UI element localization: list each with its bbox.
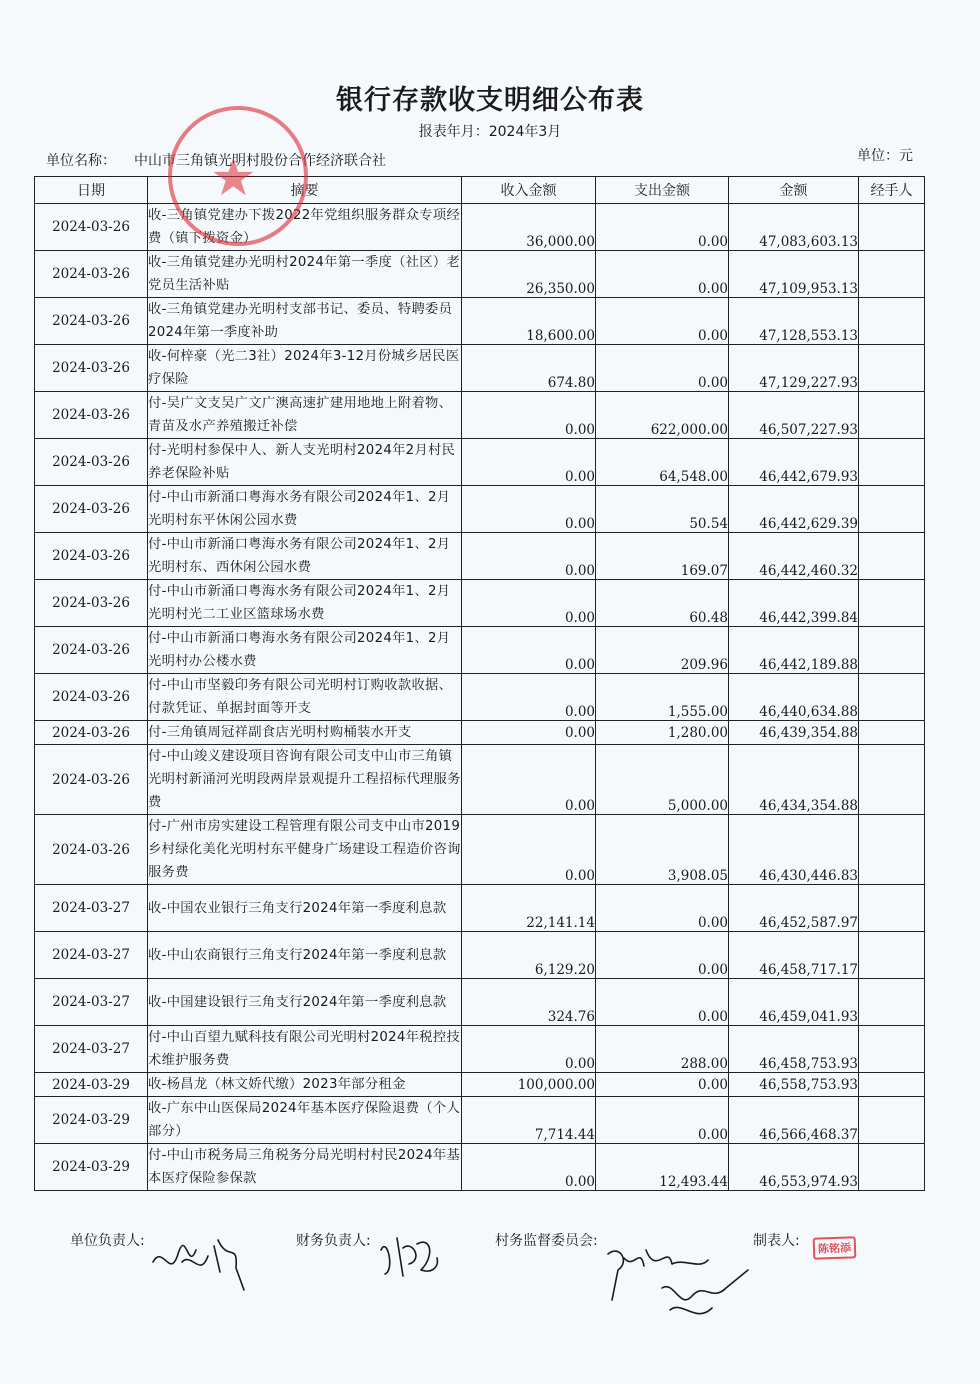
ledger-body: 2024-03-26收-三角镇党建办下拨2022年党组织服务群众专项经费（镇下拨…: [35, 204, 925, 1191]
row-balance: 46,507,227.93: [729, 392, 859, 439]
row-income: 0.00: [462, 439, 596, 486]
table-row: 2024-03-27收-中国农业银行三角支行2024年第一季度利息款22,141…: [35, 885, 925, 932]
row-summary: 付-中山市新涌口粤海水务有限公司2024年1、2月光明村办公楼水费: [148, 627, 462, 674]
row-date: 2024-03-26: [35, 251, 148, 298]
row-summary: 收-何梓豪（光二3社）2024年3-12月份城乡居民医疗保险: [148, 345, 462, 392]
row-balance: 46,558,753.93: [729, 1073, 859, 1097]
report-month: 报表年月：2024年3月: [0, 121, 980, 141]
row-balance: 46,442,679.93: [729, 439, 859, 486]
table-row: 2024-03-26付-中山市新涌口粤海水务有限公司2024年1、2月光明村东平…: [35, 486, 925, 533]
row-date: 2024-03-26: [35, 298, 148, 345]
row-expense: 288.00: [596, 1026, 729, 1073]
row-handler: [859, 1144, 925, 1191]
row-handler: [859, 627, 925, 674]
row-handler: [859, 1073, 925, 1097]
table-row: 2024-03-26收-何梓豪（光二3社）2024年3-12月份城乡居民医疗保险…: [35, 345, 925, 392]
row-summary: 付-中山市坚毅印务有限公司光明村订购收款收据、付款凭证、单据封面等开支: [148, 674, 462, 721]
row-income: 36,000.00: [462, 204, 596, 251]
row-date: 2024-03-26: [35, 486, 148, 533]
row-date: 2024-03-27: [35, 979, 148, 1026]
row-income: 0.00: [462, 627, 596, 674]
unit-head-label: 单位负责人:: [70, 1230, 145, 1250]
row-date: 2024-03-26: [35, 674, 148, 721]
row-handler: [859, 1026, 925, 1073]
preparer-stamp: 陈铭添: [813, 1236, 857, 1259]
table-row: 2024-03-26收-三角镇党建办光明村支部书记、委员、特聘委员2024年第一…: [35, 298, 925, 345]
row-income: 0.00: [462, 1144, 596, 1191]
document-title: 银行存款收支明细公布表: [0, 78, 980, 117]
row-expense: 0.00: [596, 1097, 729, 1144]
row-date: 2024-03-26: [35, 439, 148, 486]
row-expense: 0.00: [596, 932, 729, 979]
header-summary: 摘要: [148, 177, 462, 204]
row-income: 0.00: [462, 674, 596, 721]
row-balance: 46,430,446.83: [729, 815, 859, 885]
row-summary: 付-中山市新涌口粤海水务有限公司2024年1、2月光明村东平休闲公园水费: [148, 486, 462, 533]
row-expense: 0.00: [596, 885, 729, 932]
row-summary: 收-中山农商银行三角支行2024年第一季度利息款: [148, 932, 462, 979]
row-income: 18,600.00: [462, 298, 596, 345]
unit-name: 中山市三角镇光明村股份合作经济联合社: [134, 153, 386, 169]
row-balance: 47,128,553.13: [729, 298, 859, 345]
row-handler: [859, 1097, 925, 1144]
row-handler: [859, 392, 925, 439]
row-income: 6,129.20: [462, 932, 596, 979]
row-expense: 64,548.00: [596, 439, 729, 486]
row-summary: 收-三角镇党建办光明村2024年第一季度（社区）老党员生活补贴: [148, 251, 462, 298]
row-balance: 46,442,189.88: [729, 627, 859, 674]
row-summary: 收-中国农业银行三角支行2024年第一季度利息款: [148, 885, 462, 932]
unit-name-label: 单位名称：: [46, 153, 116, 169]
row-income: 7,714.44: [462, 1097, 596, 1144]
row-handler: [859, 486, 925, 533]
row-balance: 46,442,629.39: [729, 486, 859, 533]
header-handler: 经手人: [859, 177, 925, 204]
table-row: 2024-03-26付-广州市房实建设工程管理有限公司支中山市2019乡村绿化美…: [35, 815, 925, 885]
row-summary: 付-三角镇周冠祥副食店光明村购桶装水开支: [148, 721, 462, 745]
row-handler: [859, 298, 925, 345]
row-date: 2024-03-27: [35, 885, 148, 932]
row-handler: [859, 533, 925, 580]
unit-head-signature: [148, 1232, 258, 1292]
row-expense: 622,000.00: [596, 392, 729, 439]
row-summary: 付-中山市新涌口粤海水务有限公司2024年1、2月光明村东、西休闲公园水费: [148, 533, 462, 580]
ledger-table: 日期 摘要 收入金额 支出金额 金额 经手人 2024-03-26收-三角镇党建…: [34, 176, 925, 1191]
unit-name-row: 单位名称：中山市三角镇光明村股份合作经济联合社: [46, 150, 386, 170]
table-row: 2024-03-27付-中山百望九赋科技有限公司光明村2024年税控技术维护服务…: [35, 1026, 925, 1073]
row-income: 0.00: [462, 486, 596, 533]
row-balance: 46,459,041.93: [729, 979, 859, 1026]
row-date: 2024-03-26: [35, 745, 148, 815]
table-row: 2024-03-26付-中山市新涌口粤海水务有限公司2024年1、2月光明村办公…: [35, 627, 925, 674]
row-balance: 46,434,354.88: [729, 745, 859, 815]
header-date: 日期: [35, 177, 148, 204]
table-row: 2024-03-29收-杨昌龙（林文娇代缴）2023年部分租金100,000.0…: [35, 1073, 925, 1097]
supervision-signatures: [600, 1240, 760, 1340]
row-expense: 0.00: [596, 251, 729, 298]
row-expense: 1,280.00: [596, 721, 729, 745]
row-balance: 46,553,974.93: [729, 1144, 859, 1191]
row-income: 324.76: [462, 979, 596, 1026]
row-summary: 付-广州市房实建设工程管理有限公司支中山市2019乡村绿化美化光明村东平健身广场…: [148, 815, 462, 885]
row-income: 22,141.14: [462, 885, 596, 932]
row-summary: 收-三角镇党建办光明村支部书记、委员、特聘委员2024年第一季度补助: [148, 298, 462, 345]
row-summary: 付-中山市税务局三角税务分局光明村村民2024年基本医疗保险参保款: [148, 1144, 462, 1191]
table-row: 2024-03-27收-中国建设银行三角支行2024年第一季度利息款324.76…: [35, 979, 925, 1026]
row-expense: 3,908.05: [596, 815, 729, 885]
row-summary: 付-中山百望九赋科技有限公司光明村2024年税控技术维护服务费: [148, 1026, 462, 1073]
row-date: 2024-03-26: [35, 721, 148, 745]
row-date: 2024-03-26: [35, 533, 148, 580]
header-expense: 支出金额: [596, 177, 729, 204]
row-expense: 12,493.44: [596, 1144, 729, 1191]
row-handler: [859, 979, 925, 1026]
row-handler: [859, 580, 925, 627]
table-row: 2024-03-27收-中山农商银行三角支行2024年第一季度利息款6,129.…: [35, 932, 925, 979]
table-header-row: 日期 摘要 收入金额 支出金额 金额 经手人: [35, 177, 925, 204]
row-handler: [859, 251, 925, 298]
row-date: 2024-03-26: [35, 580, 148, 627]
row-handler: [859, 721, 925, 745]
row-expense: 1,555.00: [596, 674, 729, 721]
finance-head-label: 财务负责人:: [296, 1230, 371, 1250]
row-summary: 收-三角镇党建办下拨2022年党组织服务群众专项经费（镇下拨资金）: [148, 204, 462, 251]
row-balance: 46,458,753.93: [729, 1026, 859, 1073]
header-income: 收入金额: [462, 177, 596, 204]
row-date: 2024-03-27: [35, 1026, 148, 1073]
row-expense: 0.00: [596, 979, 729, 1026]
row-summary: 收-杨昌龙（林文娇代缴）2023年部分租金: [148, 1073, 462, 1097]
row-summary: 付-光明村参保中人、新人支光明村2024年2月村民养老保险补贴: [148, 439, 462, 486]
row-income: 0.00: [462, 721, 596, 745]
row-expense: 169.07: [596, 533, 729, 580]
row-expense: 0.00: [596, 345, 729, 392]
row-balance: 46,440,634.88: [729, 674, 859, 721]
row-date: 2024-03-26: [35, 204, 148, 251]
row-income: 0.00: [462, 580, 596, 627]
row-balance: 47,083,603.13: [729, 204, 859, 251]
row-expense: 0.00: [596, 1073, 729, 1097]
row-date: 2024-03-26: [35, 392, 148, 439]
table-row: 2024-03-26收-三角镇党建办下拨2022年党组织服务群众专项经费（镇下拨…: [35, 204, 925, 251]
supervision-label: 村务监督委员会:: [495, 1230, 598, 1250]
currency-unit: 单位：元: [857, 145, 913, 165]
row-date: 2024-03-29: [35, 1097, 148, 1144]
row-date: 2024-03-26: [35, 627, 148, 674]
row-summary: 付-吴广文支吴广文广澳高速扩建用地地上附着物、青苗及水产养殖搬迁补偿: [148, 392, 462, 439]
table-row: 2024-03-26付-吴广文支吴广文广澳高速扩建用地地上附着物、青苗及水产养殖…: [35, 392, 925, 439]
row-summary: 收-广东中山医保局2024年基本医疗保险退费（个人部分）: [148, 1097, 462, 1144]
row-handler: [859, 885, 925, 932]
row-handler: [859, 439, 925, 486]
row-balance: 47,129,227.93: [729, 345, 859, 392]
table-row: 2024-03-26付-光明村参保中人、新人支光明村2024年2月村民养老保险补…: [35, 439, 925, 486]
row-expense: 5,000.00: [596, 745, 729, 815]
row-expense: 60.48: [596, 580, 729, 627]
table-row: 2024-03-26付-中山市新涌口粤海水务有限公司2024年1、2月光明村光二…: [35, 580, 925, 627]
row-income: 674.80: [462, 345, 596, 392]
row-handler: [859, 745, 925, 815]
row-date: 2024-03-26: [35, 815, 148, 885]
row-balance: 46,439,354.88: [729, 721, 859, 745]
row-date: 2024-03-27: [35, 932, 148, 979]
row-balance: 46,566,468.37: [729, 1097, 859, 1144]
table-row: 2024-03-26付-三角镇周冠祥副食店光明村购桶装水开支0.001,280.…: [35, 721, 925, 745]
row-income: 0.00: [462, 533, 596, 580]
row-summary: 付-中山竣义建设项目咨询有限公司支中山市三角镇光明村新涌河光明段两岸景观提升工程…: [148, 745, 462, 815]
row-balance: 46,458,717.17: [729, 932, 859, 979]
row-balance: 46,442,460.32: [729, 533, 859, 580]
preparer-label: 制表人:: [753, 1230, 800, 1250]
row-income: 0.00: [462, 1026, 596, 1073]
table-row: 2024-03-26收-三角镇党建办光明村2024年第一季度（社区）老党员生活补…: [35, 251, 925, 298]
row-expense: 209.96: [596, 627, 729, 674]
row-balance: 46,452,587.97: [729, 885, 859, 932]
row-expense: 0.00: [596, 298, 729, 345]
row-handler: [859, 674, 925, 721]
row-handler: [859, 345, 925, 392]
row-handler: [859, 204, 925, 251]
row-date: 2024-03-29: [35, 1073, 148, 1097]
row-income: 0.00: [462, 815, 596, 885]
row-date: 2024-03-26: [35, 345, 148, 392]
finance-head-signature: [373, 1230, 443, 1285]
row-income: 26,350.00: [462, 251, 596, 298]
table-row: 2024-03-29收-广东中山医保局2024年基本医疗保险退费（个人部分）7,…: [35, 1097, 925, 1144]
row-income: 0.00: [462, 392, 596, 439]
table-row: 2024-03-26付-中山市新涌口粤海水务有限公司2024年1、2月光明村东、…: [35, 533, 925, 580]
row-handler: [859, 932, 925, 979]
row-income: 100,000.00: [462, 1073, 596, 1097]
table-row: 2024-03-26付-中山竣义建设项目咨询有限公司支中山市三角镇光明村新涌河光…: [35, 745, 925, 815]
header-balance: 金额: [729, 177, 859, 204]
row-balance: 47,109,953.13: [729, 251, 859, 298]
row-summary: 收-中国建设银行三角支行2024年第一季度利息款: [148, 979, 462, 1026]
table-row: 2024-03-26付-中山市坚毅印务有限公司光明村订购收款收据、付款凭证、单据…: [35, 674, 925, 721]
row-balance: 46,442,399.84: [729, 580, 859, 627]
row-expense: 0.00: [596, 204, 729, 251]
row-date: 2024-03-29: [35, 1144, 148, 1191]
row-handler: [859, 815, 925, 885]
row-expense: 50.54: [596, 486, 729, 533]
table-row: 2024-03-29付-中山市税务局三角税务分局光明村村民2024年基本医疗保险…: [35, 1144, 925, 1191]
row-summary: 付-中山市新涌口粤海水务有限公司2024年1、2月光明村光二工业区篮球场水费: [148, 580, 462, 627]
row-income: 0.00: [462, 745, 596, 815]
